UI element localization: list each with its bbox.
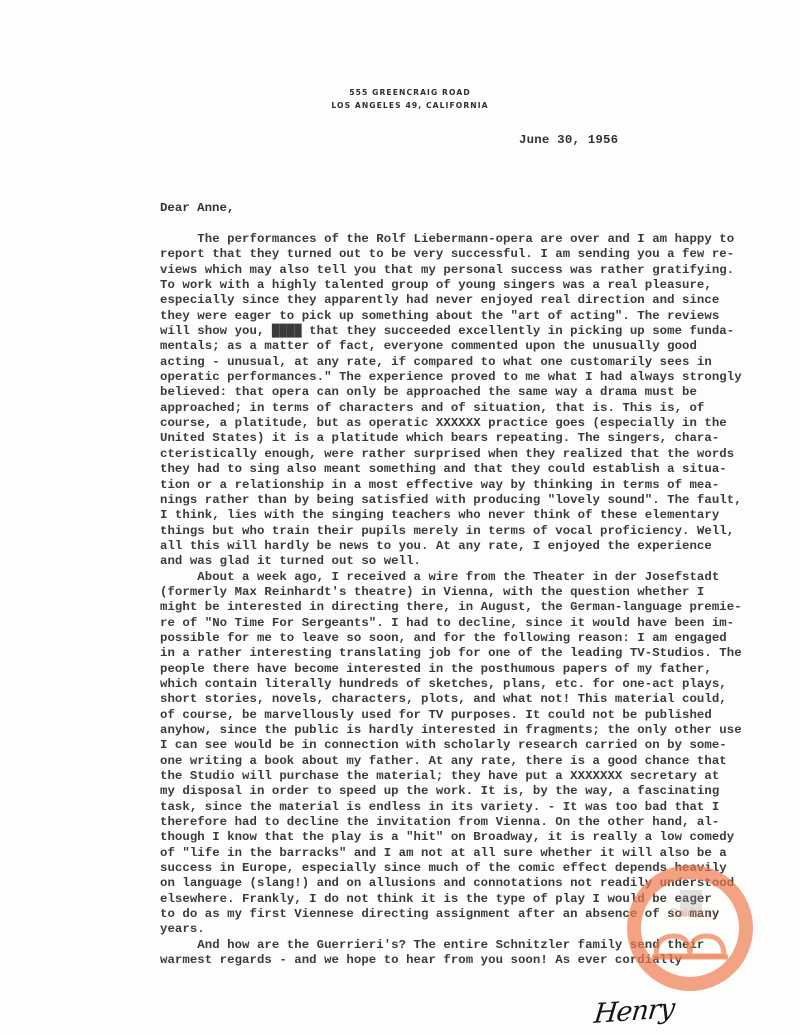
body-line: my disposal in order to speed up the wor… <box>160 784 800 799</box>
body-line: and was glad it turned out so well. <box>160 554 800 569</box>
body-line: they were eager to pick up something abo… <box>160 309 800 324</box>
body-line: all this will hardly be news to you. At … <box>160 539 800 554</box>
body-line: And how are the Guerrieri's? The entire … <box>160 938 800 953</box>
body-line: years. <box>160 922 800 937</box>
body-line: cteristically enough, were rather surpri… <box>160 447 800 462</box>
body-line: possible for me to leave so soon, and fo… <box>160 631 800 646</box>
body-line: About a week ago, I received a wire from… <box>160 570 800 585</box>
letter-date: June 30, 1956 <box>519 133 618 147</box>
body-line: tion or a relationship in a most effecti… <box>160 478 800 493</box>
body-line: acting - unusual, at any rate, if compar… <box>160 355 800 370</box>
body-line: re of "No Time For Sergeants". I had to … <box>160 616 800 631</box>
body-line: the Studio will purchase the material; t… <box>160 769 800 784</box>
body-line: I can see would be in connection with sc… <box>160 738 800 753</box>
body-line: to do as my first Viennese directing ass… <box>160 907 800 922</box>
body-line: will show you, ████ that they succeeded … <box>160 324 800 339</box>
letterhead-city: LOS ANGELES 49, CALIFORNIA <box>300 99 520 112</box>
body-line: they had to sing also meant something an… <box>160 462 800 477</box>
body-line: United States) it is a platitude which b… <box>160 431 800 446</box>
body-line: report that they turned out to be very s… <box>160 247 800 262</box>
body-line: therefore had to decline the invitation … <box>160 815 800 830</box>
body-line: anyhow, since the public is hardly inter… <box>160 723 800 738</box>
signature: Henry <box>592 993 675 1030</box>
body-line: The performances of the Rolf Liebermann-… <box>160 232 800 247</box>
body-line: though I know that the play is a "hit" o… <box>160 830 800 845</box>
body-line: success in Europe, especially since much… <box>160 861 800 876</box>
salutation: Dear Anne, <box>160 201 234 215</box>
body-line: one writing a book about my father. At a… <box>160 754 800 769</box>
body-line: especially since they apparently had nev… <box>160 293 800 308</box>
body-line: in a rather interesting translating job … <box>160 646 800 661</box>
body-line: I think, lies with the singing teachers … <box>160 508 800 523</box>
body-line: of "life in the barracks" and I am not a… <box>160 846 800 861</box>
body-line: To work with a highly talented group of … <box>160 278 800 293</box>
body-line: warmest regards - and we hope to hear fr… <box>160 953 800 968</box>
body-line: mentals; as a matter of fact, everyone c… <box>160 339 800 354</box>
body-line: elsewhere. Frankly, I do not think it is… <box>160 892 800 907</box>
body-line: might be interested in directing there, … <box>160 600 800 615</box>
letter-body: The performances of the Rolf Liebermann-… <box>160 232 800 969</box>
body-line: of course, be marvellously used for TV p… <box>160 708 800 723</box>
body-line: nings rather than by being satisfied wit… <box>160 493 800 508</box>
letterhead: 555 GREENCRAIG ROAD LOS ANGELES 49, CALI… <box>300 86 520 112</box>
body-line: views which may also tell you that my pe… <box>160 263 800 278</box>
body-line: which contain literally hundreds of sket… <box>160 677 800 692</box>
body-line: people there have become interested in t… <box>160 662 800 677</box>
body-line: course, a platitude, but as operatic XXX… <box>160 416 800 431</box>
body-line: on language (slang!) and on allusions an… <box>160 876 800 891</box>
body-line: operatic performances." The experience p… <box>160 370 800 385</box>
letterhead-street: 555 GREENCRAIG ROAD <box>300 86 520 99</box>
body-line: (formerly Max Reinhardt's theatre) in Vi… <box>160 585 800 600</box>
body-line: things but who train their pupils merely… <box>160 524 800 539</box>
body-line: approached; in terms of characters and o… <box>160 401 800 416</box>
body-line: believed: that opera can only be approac… <box>160 385 800 400</box>
body-line: task, since the material is endless in i… <box>160 800 800 815</box>
body-line: short stories, novels, characters, plots… <box>160 692 800 707</box>
